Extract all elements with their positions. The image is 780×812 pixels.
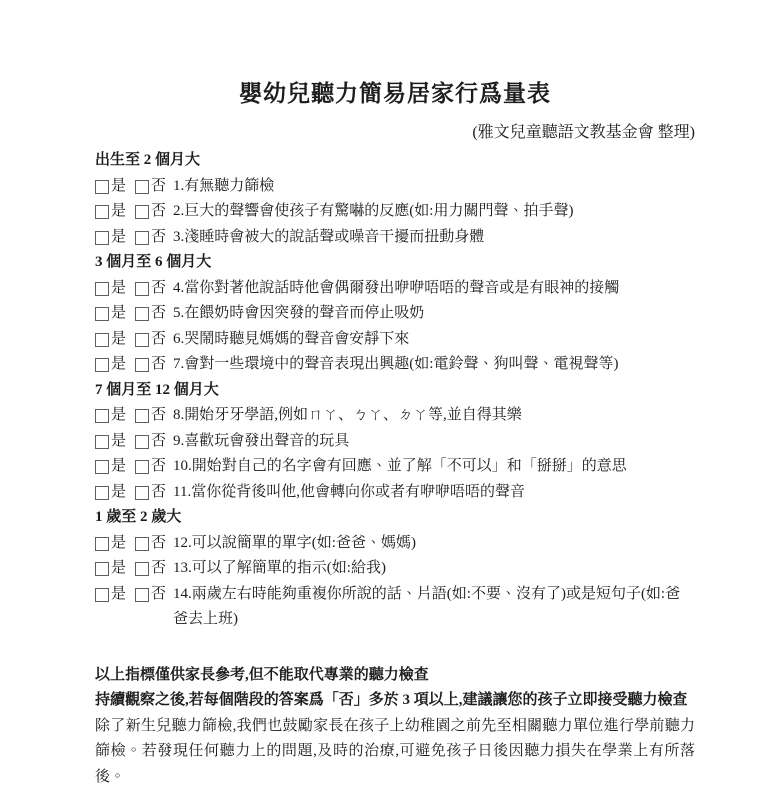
no-label: 否: [151, 531, 166, 557]
no-label: 否: [151, 480, 166, 506]
yes-checkbox[interactable]: [95, 307, 109, 321]
item-text: 13.可以了解簡單的指示(如:給我): [173, 556, 695, 582]
no-checkbox[interactable]: [135, 486, 149, 500]
checklist-item: 是 否 10.開始對自己的名字會有回應、並了解「不可以」和「掰掰」的意思: [95, 454, 695, 480]
yes-label: 是: [111, 403, 126, 429]
yes-label: 是: [111, 352, 126, 378]
no-label: 否: [151, 582, 166, 608]
checklist-item: 是 否 2.巨大的聲響會使孩子有驚嚇的反應(如:用力關門聲、拍手聲): [95, 199, 695, 225]
checklist-item: 是 否 4.當你對著他說話時他會偶爾發出咿咿唔唔的聲音或是有眼神的接觸: [95, 276, 695, 302]
item-text: 7.會對一些環境中的聲音表現出興趣(如:電鈴聲、狗叫聲、電視聲等): [173, 352, 695, 378]
no-checkbox[interactable]: [135, 409, 149, 423]
no-label: 否: [151, 429, 166, 455]
no-label: 否: [151, 327, 166, 353]
section-header: 3 個月至 6 個月大: [95, 250, 695, 276]
no-checkbox[interactable]: [135, 537, 149, 551]
section-header: 出生至 2 個月大: [95, 148, 695, 174]
item-text: 2.巨大的聲響會使孩子有驚嚇的反應(如:用力關門聲、拍手聲): [173, 199, 695, 225]
yes-label: 是: [111, 276, 126, 302]
yes-label: 是: [111, 174, 126, 200]
yes-label: 是: [111, 327, 126, 353]
yes-label: 是: [111, 199, 126, 225]
yes-checkbox[interactable]: [95, 282, 109, 296]
no-label: 否: [151, 199, 166, 225]
yes-checkbox[interactable]: [95, 358, 109, 372]
page-title: 嬰幼兒聽力簡易居家行爲量表: [95, 80, 695, 108]
yes-label: 是: [111, 531, 126, 557]
item-text: 6.哭鬧時聽見媽媽的聲音會安靜下來: [173, 327, 695, 353]
item-text: 8.開始牙牙學語,例如ㄇㄚ、ㄅㄚ、ㄉㄚ等,並自得其樂: [173, 403, 695, 429]
yes-checkbox[interactable]: [95, 537, 109, 551]
checklist-item: 是 否 6.哭鬧時聽見媽媽的聲音會安靜下來: [95, 327, 695, 353]
no-label: 否: [151, 403, 166, 429]
no-label: 否: [151, 276, 166, 302]
footer-notes: 以上指標僅供家長參考,但不能取代專業的聽力檢查 持續觀察之後,若每個階段的答案爲…: [95, 663, 695, 791]
no-checkbox[interactable]: [135, 231, 149, 245]
section-birth-to-2-months: 出生至 2 個月大 是 否 1.有無聽力篩檢 是 否 2.巨大的聲響會使孩子有驚…: [95, 148, 695, 250]
no-checkbox[interactable]: [135, 205, 149, 219]
yes-checkbox[interactable]: [95, 588, 109, 602]
checklist-item: 是 否 11.當你從背後叫他,他會轉向你或者有咿咿唔唔的聲音: [95, 480, 695, 506]
section-1-to-2-years: 1 歲至 2 歲大 是 否 12.可以說簡單的單字(如:爸爸、媽媽) 是 否 1…: [95, 505, 695, 633]
yes-label: 是: [111, 225, 126, 251]
no-label: 否: [151, 225, 166, 251]
footer-paragraph: 除了新生兒聽力篩檢,我們也鼓勵家長在孩子上幼稚園之前先至相關聽力單位進行學前聽力…: [95, 714, 695, 791]
item-text: 12.可以說簡單的單字(如:爸爸、媽媽): [173, 531, 695, 557]
no-checkbox[interactable]: [135, 333, 149, 347]
item-text: 10.開始對自己的名字會有回應、並了解「不可以」和「掰掰」的意思: [173, 454, 695, 480]
no-checkbox[interactable]: [135, 307, 149, 321]
no-label: 否: [151, 454, 166, 480]
yes-label: 是: [111, 480, 126, 506]
item-text: 5.在餵奶時會因突發的聲音而停止吸奶: [173, 301, 695, 327]
yes-label: 是: [111, 582, 126, 608]
no-checkbox[interactable]: [135, 180, 149, 194]
no-checkbox[interactable]: [135, 562, 149, 576]
checklist-item: 是 否 7.會對一些環境中的聲音表現出興趣(如:電鈴聲、狗叫聲、電視聲等): [95, 352, 695, 378]
section-header: 1 歲至 2 歲大: [95, 505, 695, 531]
checklist-item: 是 否 3.淺睡時會被大的說話聲或噪音干擾而扭動身體: [95, 225, 695, 251]
checklist-item: 是 否 12.可以說簡單的單字(如:爸爸、媽媽): [95, 531, 695, 557]
item-text: 9.喜歡玩會發出聲音的玩具: [173, 429, 695, 455]
document-page: 嬰幼兒聽力簡易居家行爲量表 (雅文兒童聽語文教基金會 整理) 出生至 2 個月大…: [0, 0, 780, 812]
section-header: 7 個月至 12 個月大: [95, 378, 695, 404]
yes-checkbox[interactable]: [95, 562, 109, 576]
yes-checkbox[interactable]: [95, 435, 109, 449]
yes-checkbox[interactable]: [95, 205, 109, 219]
yes-label: 是: [111, 454, 126, 480]
no-checkbox[interactable]: [135, 460, 149, 474]
no-label: 否: [151, 556, 166, 582]
no-checkbox[interactable]: [135, 358, 149, 372]
no-label: 否: [151, 174, 166, 200]
subtitle: (雅文兒童聽語文教基金會 整理): [95, 120, 695, 146]
no-checkbox[interactable]: [135, 282, 149, 296]
yes-checkbox[interactable]: [95, 333, 109, 347]
yes-checkbox[interactable]: [95, 460, 109, 474]
footer-note-1: 以上指標僅供家長參考,但不能取代專業的聽力檢查: [95, 663, 695, 689]
section-7-to-12-months: 7 個月至 12 個月大 是 否 8.開始牙牙學語,例如ㄇㄚ、ㄅㄚ、ㄉㄚ等,並自…: [95, 378, 695, 506]
yes-checkbox[interactable]: [95, 180, 109, 194]
checklist-item: 是 否 8.開始牙牙學語,例如ㄇㄚ、ㄅㄚ、ㄉㄚ等,並自得其樂: [95, 403, 695, 429]
checklist-item: 是 否 5.在餵奶時會因突發的聲音而停止吸奶: [95, 301, 695, 327]
item-text: 1.有無聽力篩檢: [173, 174, 695, 200]
yes-label: 是: [111, 301, 126, 327]
footer-note-2: 持續觀察之後,若每個階段的答案爲「否」多於 3 項以上,建議讓您的孩子立即接受聽…: [95, 688, 695, 714]
yes-checkbox[interactable]: [95, 486, 109, 500]
yes-checkbox[interactable]: [95, 409, 109, 423]
section-3-to-6-months: 3 個月至 6 個月大 是 否 4.當你對著他說話時他會偶爾發出咿咿唔唔的聲音或…: [95, 250, 695, 378]
checklist-item: 是 否 1.有無聽力篩檢: [95, 174, 695, 200]
item-text: 4.當你對著他說話時他會偶爾發出咿咿唔唔的聲音或是有眼神的接觸: [173, 276, 695, 302]
item-text: 14.兩歲左右時能夠重複你所說的話、片語(如:不要、沒有了)或是短句子(如:爸爸…: [173, 582, 695, 633]
item-text: 3.淺睡時會被大的說話聲或噪音干擾而扭動身體: [173, 225, 695, 251]
checklist-item: 是 否 9.喜歡玩會發出聲音的玩具: [95, 429, 695, 455]
no-checkbox[interactable]: [135, 588, 149, 602]
no-label: 否: [151, 301, 166, 327]
yes-label: 是: [111, 429, 126, 455]
checklist-item: 是 否 14.兩歲左右時能夠重複你所說的話、片語(如:不要、沒有了)或是短句子(…: [95, 582, 695, 633]
no-label: 否: [151, 352, 166, 378]
yes-checkbox[interactable]: [95, 231, 109, 245]
no-checkbox[interactable]: [135, 435, 149, 449]
item-text: 11.當你從背後叫他,他會轉向你或者有咿咿唔唔的聲音: [173, 480, 695, 506]
yes-label: 是: [111, 556, 126, 582]
checklist-item: 是 否 13.可以了解簡單的指示(如:給我): [95, 556, 695, 582]
